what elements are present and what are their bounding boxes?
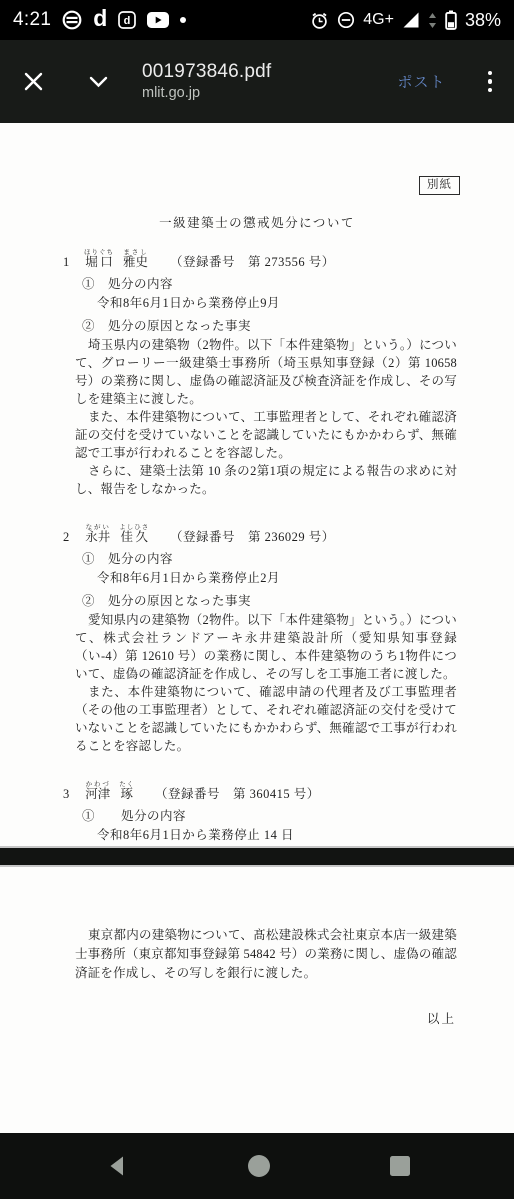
alarm-icon [310, 11, 329, 30]
close-icon[interactable] [22, 70, 45, 93]
status-bar-right: 4G+ 38% [302, 10, 501, 31]
cause-paragraph: 愛知県内の建築物（2物件。以下「本件建築物」という。）について、株式会社ランドア… [63, 611, 457, 683]
disposition-label: ① 処分の内容 [63, 550, 457, 568]
android-nav-bar [0, 1133, 514, 1199]
pdf-filename: 001973846.pdf [142, 60, 391, 84]
disposition-value: 令和8年6月1日から業務停止2月 [63, 569, 457, 587]
updown-arrows-icon [428, 12, 437, 29]
svg-text:d: d [124, 15, 131, 27]
pdf-page-2: 東京都内の建築物について、髙松建設株式会社東京本店一級建築士事務所（東京都知事登… [0, 867, 514, 1133]
battery-icon [445, 10, 457, 30]
section-number: 2 [63, 530, 69, 544]
cause-paragraph: 埼玉県内の建築物（2物件。以下「本件建築物」という。）について、グローリー一級建… [63, 336, 457, 408]
cause-paragraph: また、本件建築物について、工事監理者として、それぞれ確認済証の交付を受けていない… [63, 408, 457, 462]
home-icon[interactable] [233, 1148, 285, 1184]
section-number: 1 [63, 255, 69, 269]
signal-icon [402, 11, 420, 29]
back-icon[interactable] [90, 1147, 144, 1185]
architect-3-heading: 3河津かわづ琢たく（登録番号 第 360415 号） [63, 778, 457, 802]
battery-percent-label: 38% [465, 10, 501, 31]
d-square-icon: d [118, 11, 136, 29]
section-2: 2永井ながい佳久よしひさ（登録番号 第 236029 号） ① 処分の内容 令和… [0, 521, 514, 755]
source-domain: mlit.go.jp [142, 84, 391, 103]
disposition-value: 令和8年6月1日から業務停止9月 [63, 294, 457, 312]
cause-paragraph: また、本件建築物について、確認申請の代理者及び工事監理者（その他の工事監理者）と… [63, 683, 457, 755]
do-not-disturb-icon [337, 11, 355, 29]
architect-2-given-name: 佳久よしひさ [119, 530, 148, 544]
disposition-label: ① 処分の内容 [63, 275, 457, 293]
architect-2-heading: 2永井ながい佳久よしひさ（登録番号 第 236029 号） [63, 521, 457, 545]
section-number: 3 [63, 787, 69, 801]
notification-dot-icon [180, 17, 186, 23]
disposition-label: ① 処分の内容 [63, 807, 457, 825]
architect-3-surname: 河津かわづ [85, 787, 110, 801]
page2-paragraph: 東京都内の建築物について、髙松建設株式会社東京本店一級建築士事務所（東京都知事登… [63, 926, 457, 983]
pdf-page-1: 別紙 一級建築士の懲戒処分について 1堀口ほりぐち雅史まさし（登録番号 第 27… [0, 123, 514, 846]
section-1: 1堀口ほりぐち雅史まさし（登録番号 第 273556 号） ① 処分の内容 令和… [0, 246, 514, 498]
architect-1-surname: 堀口ほりぐち [85, 255, 114, 269]
pdf-viewer-header: 001973846.pdf mlit.go.jp ポスト [0, 40, 514, 123]
cause-paragraph: さらに、建築士法第 10 条の2第1項の規定による報告の求めに対し、報告をしなか… [63, 462, 457, 498]
network-type-label: 4G+ [363, 11, 394, 29]
d-logo-icon: d [93, 9, 107, 27]
architect-2-surname: 永井ながい [85, 530, 110, 544]
chevron-down-icon[interactable] [85, 68, 112, 95]
architect-3-registration: （登録番号 第 360415 号） [155, 787, 320, 801]
kebab-menu-icon[interactable] [482, 67, 499, 97]
post-link[interactable]: ポスト [391, 70, 451, 93]
architect-1-registration: （登録番号 第 273556 号） [170, 255, 335, 269]
closing-label: 以上 [0, 1009, 514, 1027]
youtube-icon [147, 12, 169, 28]
architect-1-heading: 1堀口ほりぐち雅史まさし（登録番号 第 273556 号） [63, 246, 457, 270]
cause-label: ② 処分の原因となった事実 [63, 317, 457, 335]
status-bar-left: 4:21 d d [13, 9, 197, 31]
page-gap [0, 846, 514, 867]
cause-label: ② 処分の原因となった事実 [63, 592, 457, 610]
disposition-value: 令和8年6月1日から業務停止 14 日 [63, 826, 457, 844]
architect-3-given-name: 琢たく [119, 787, 133, 801]
pdf-viewport[interactable]: 別紙 一級建築士の懲戒処分について 1堀口ほりぐち雅史まさし（登録番号 第 27… [0, 123, 514, 1133]
document-title-block: 001973846.pdf mlit.go.jp [142, 60, 391, 103]
clock-time: 4:21 [13, 9, 51, 31]
recents-icon[interactable] [375, 1149, 425, 1183]
phone-screen: 4:21 d d 4G+ [0, 0, 514, 1199]
architect-2-registration: （登録番号 第 236029 号） [170, 530, 335, 544]
section-3: 3河津かわづ琢たく（登録番号 第 360415 号） ① 処分の内容 令和8年6… [0, 778, 514, 846]
circle-lines-icon [62, 10, 82, 30]
status-bar: 4:21 d d 4G+ [0, 0, 514, 40]
attachment-label: 別紙 [419, 176, 460, 195]
architect-1-given-name: 雅史まさし [123, 255, 148, 269]
